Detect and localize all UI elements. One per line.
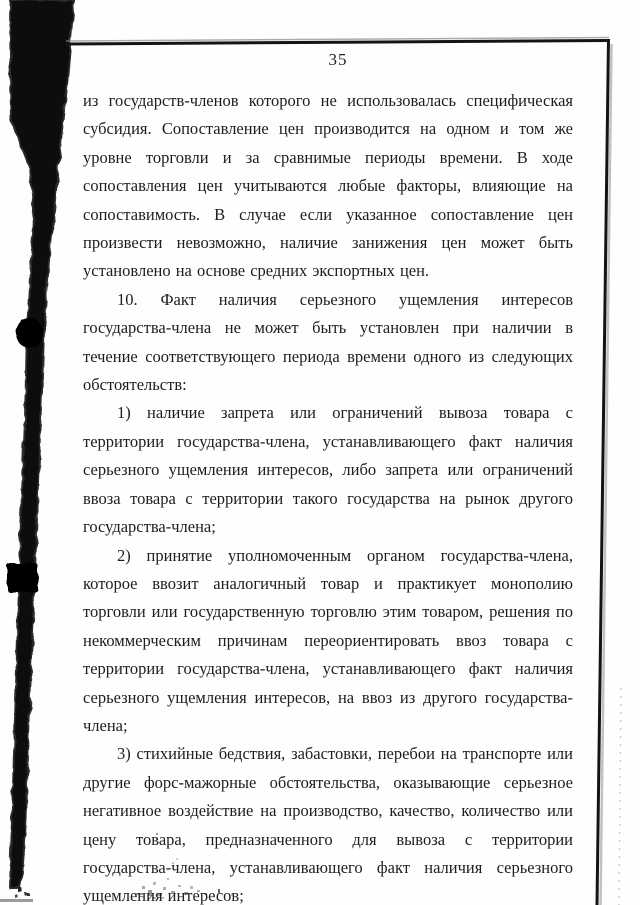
binding-shadow (10, 0, 74, 888)
scanned-page: 35 из государств-членов которого не испо… (0, 0, 640, 905)
paragraph-subitem-2: 2) принятие уполномоченным органом госуд… (83, 542, 573, 741)
page-number: 35 (83, 50, 593, 70)
document-text: из государств-членов которого не использ… (83, 87, 573, 905)
paragraph-subitem-3: 3) стихийные бедствия, забастовки, переб… (83, 740, 573, 905)
page-border-top-shadow (66, 38, 609, 42)
paragraph-item-10: 10. Факт наличия серьезного ущемления ин… (83, 286, 573, 400)
page-border-right-shadow (601, 44, 612, 905)
dotted-edge-line (619, 688, 621, 905)
page-border-right (597, 39, 609, 905)
binding-blob-square (7, 563, 38, 592)
page-border-top (66, 41, 609, 45)
binding-blob-round (16, 318, 42, 348)
paragraph-continuation: из государств-членов которого не использ… (83, 87, 573, 286)
bottom-left-mark (0, 899, 33, 902)
paragraph-subitem-1: 1) наличие запрета или ограничений вывоз… (83, 399, 573, 541)
